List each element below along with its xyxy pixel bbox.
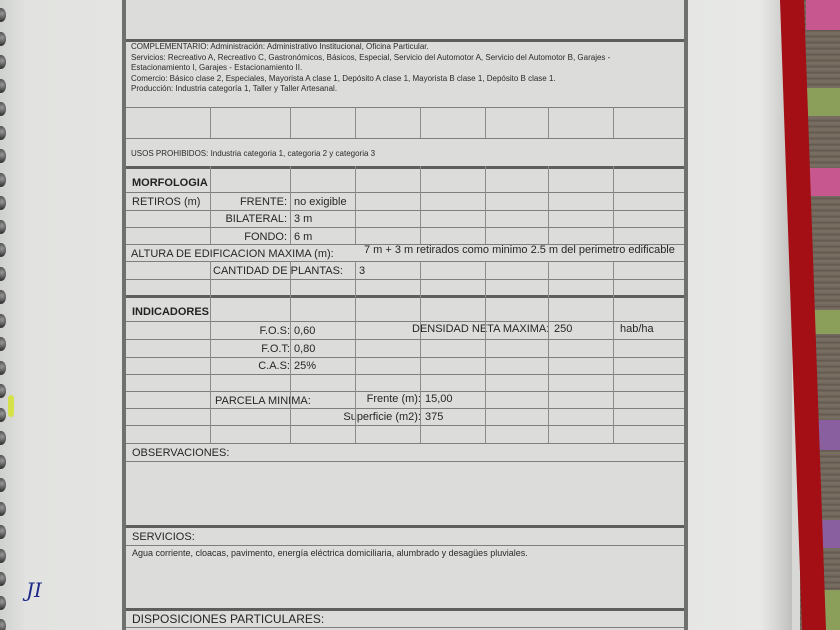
grid-divider (210, 166, 211, 244)
morfologia-title: MORFOLOGIA (132, 177, 208, 189)
fos-label: F.O.S: (213, 325, 290, 337)
complementario-line: COMPLEMENTARIO: Administración: Administ… (131, 42, 610, 53)
grid-divider (548, 166, 549, 244)
densidad-label: DENSIDAD NETA MAXIMA: (412, 323, 549, 335)
grid-divider (210, 261, 211, 295)
fos-value: 0,60 (294, 325, 315, 337)
spiral-ring (0, 619, 6, 630)
spiral-ring (0, 8, 6, 22)
grid-divider (548, 261, 549, 295)
spiral-ring (0, 384, 6, 398)
grid-divider (355, 107, 356, 138)
grid-divider (210, 107, 211, 138)
fot-label: F.O.T: (213, 343, 290, 355)
grid-divider (485, 166, 486, 244)
grid-divider (485, 261, 486, 295)
grid-divider (613, 261, 614, 295)
superficie-value: 375 (425, 411, 443, 423)
spiral-ring (0, 290, 6, 304)
grid-divider (290, 261, 291, 295)
grid-divider (290, 107, 291, 138)
grid-divider (613, 166, 614, 244)
cas-value: 25% (294, 360, 316, 372)
bilateral-value: 3 m (294, 213, 312, 225)
spiral-ring (0, 431, 6, 445)
fot-value: 0,80 (294, 343, 315, 355)
grid-divider (485, 295, 486, 443)
spiral-ring (0, 220, 6, 234)
spiral-ring (0, 149, 6, 163)
complementario-line: Servicios: Recreativo A, Recreativo C, G… (131, 53, 610, 64)
tab-tape (806, 88, 840, 116)
spiral-ring (0, 361, 6, 375)
spiral-ring (0, 55, 6, 69)
usos-prohibidos: USOS PROHIBIDOS: Industria categoria 1, … (131, 149, 375, 160)
parcela-label: PARCELA MINIMA: (215, 395, 311, 407)
grid-divider (613, 107, 614, 138)
handwritten-mark: JI (26, 578, 42, 602)
grid-divider (548, 107, 549, 138)
grid-divider (420, 166, 421, 244)
parcela-frente-value: 15,00 (425, 393, 453, 405)
disposiciones-title: DISPOSICIONES PARTICULARES: (132, 612, 324, 626)
spiral-ring (0, 173, 6, 187)
spiral-ring (0, 267, 6, 281)
frente-value: no exigible (294, 196, 347, 208)
grid-divider (613, 295, 614, 443)
notebook-left-page: JI (0, 0, 132, 630)
spiral-ring (0, 525, 6, 539)
spiral-ring (0, 502, 6, 516)
tab-tape (806, 0, 840, 30)
cas-label: C.A.S: (213, 360, 290, 372)
plantas-label: CANTIDAD DE PLANTAS: (213, 265, 343, 277)
servicios-text: Agua corriente, cloacas, pavimento, ener… (132, 548, 528, 559)
spiral-ring (0, 196, 6, 210)
spiral-ring (0, 549, 6, 563)
densidad-value: 250 (554, 323, 572, 335)
grid-divider (548, 295, 549, 443)
grid-divider (355, 261, 356, 295)
complementario-block: COMPLEMENTARIO: Administración: Administ… (131, 42, 610, 95)
servicios-title: SERVICIOS: (132, 531, 195, 543)
spiral-ring (0, 408, 6, 422)
spiral-ring (0, 243, 6, 257)
bilateral-label: BILATERAL: (210, 213, 287, 225)
grid-divider (420, 107, 421, 138)
retiros-label: RETIROS (m) (132, 196, 200, 208)
page-margin (688, 0, 792, 630)
spiral-ring (0, 102, 6, 116)
altura-label: ALTURA DE EDIFICACION MAXIMA (m): (131, 248, 334, 260)
grid-divider (290, 166, 291, 244)
grid-divider (355, 295, 356, 443)
altura-value: 7 m + 3 m retirados como minimo 2.5 m de… (364, 244, 675, 256)
spiral-ring (0, 478, 6, 492)
superficie-label: Superficie (m2): (300, 411, 421, 423)
grid-divider (485, 107, 486, 138)
tab-tape (806, 168, 840, 196)
frente-label: FRENTE: (210, 196, 287, 208)
grid-divider (210, 295, 211, 443)
observaciones-title: OBSERVACIONES: (132, 447, 229, 459)
spiral-ring (0, 455, 6, 469)
spiral-ring (0, 337, 6, 351)
fondo-label: FONDO: (210, 231, 287, 243)
spiral-ring (0, 32, 6, 46)
complementario-line: Estacionamiento I, Garajes - Estacionami… (131, 63, 610, 74)
grid-divider (420, 295, 421, 443)
densidad-unit: hab/ha (620, 323, 654, 335)
spiral-ring (0, 596, 6, 610)
parcela-frente-label: Frente (m): (300, 393, 421, 405)
spiral-ring (0, 79, 6, 93)
grid-divider (290, 295, 291, 443)
complementario-line: Producción: Industria categoría 1, Talle… (131, 84, 610, 95)
plantas-value: 3 (359, 265, 365, 277)
fondo-value: 6 m (294, 231, 312, 243)
spiral-ring (0, 314, 6, 328)
highlighter-mark (8, 395, 14, 417)
spiral-ring (0, 126, 6, 140)
indicadores-title: INDICADORES (132, 306, 209, 318)
grid-divider (420, 261, 421, 295)
complementario-line: Comercio: Básico clase 2, Especiales, Ma… (131, 74, 610, 85)
grid-divider (355, 166, 356, 244)
spiral-ring (0, 572, 6, 586)
